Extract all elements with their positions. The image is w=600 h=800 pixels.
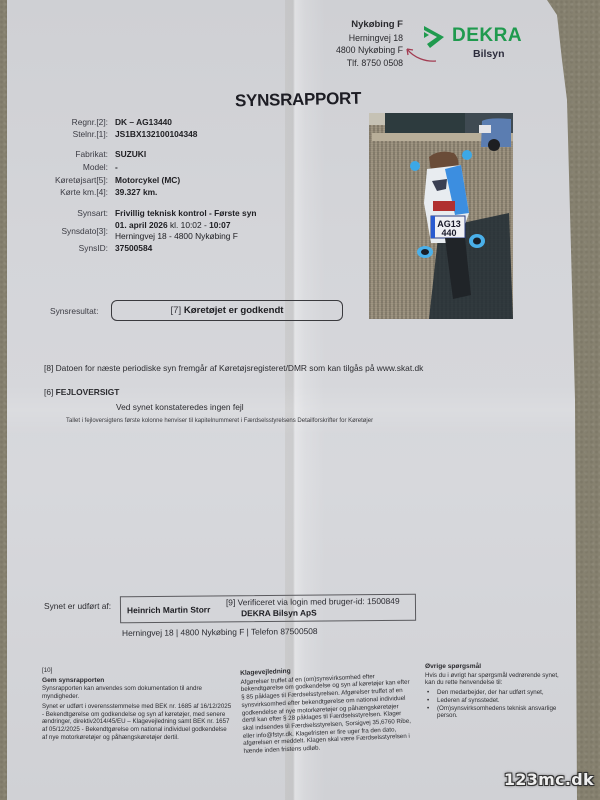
- footer-save-report: [10] Gem synsrapporten Synsrapporten kan…: [42, 667, 232, 743]
- result-box: [7] Køretøjet er godkendt: [111, 300, 343, 321]
- company-name: DEKRA Bilsyn ApS: [241, 608, 317, 619]
- performed-by-label: Synet er udført af:: [44, 601, 111, 611]
- vehicle-type-label: Køretøjsart[5]:: [35, 175, 108, 185]
- station-name: Nykøbing F: [336, 19, 403, 32]
- synsid-label: SynsID:: [35, 243, 108, 253]
- svg-text:440: 440: [441, 228, 456, 238]
- no-faults-text: Ved synet konstateredes ingen fejl: [116, 402, 244, 412]
- footer-save-heading: Gem synsrapporten: [42, 677, 232, 685]
- station-street: Herningvej 18: [336, 32, 403, 45]
- footer-save-p2: Synet er udført i overensstemmelse med B…: [42, 703, 232, 742]
- fault-overview-footnote: Tallet i fejloversigtens første kolonne …: [66, 418, 373, 424]
- result-label: Synsresultat:: [50, 306, 98, 316]
- inspection-report-paper: Nykøbing F Herningvej 18 4800 Nykøbing F…: [7, 0, 577, 800]
- km-value: 39.327 km.: [115, 187, 157, 197]
- dekra-chevron-icon: [422, 24, 446, 50]
- footer-complaints: Klagevejledning Afgørelser truffet af en…: [240, 663, 414, 758]
- footer-save-p1: Synsrapporten kan anvendes som dokumenta…: [42, 685, 232, 700]
- model-value: -: [115, 162, 118, 172]
- synsdato-value: 01. april 2026 kl. 10:02 - 10:07: [115, 220, 230, 230]
- result-text: Køretøjet er godkendt: [184, 305, 284, 316]
- stelnr-value: JS1BX132100104348: [115, 129, 197, 139]
- synsart-value: Frivillig teknisk kontrol - Første syn: [115, 208, 256, 218]
- list-item: Lederen af synsstedet.: [425, 697, 565, 705]
- synsdato-time-end: 10:07: [209, 220, 230, 230]
- motorcycle-photo-image: AG13 440: [369, 113, 513, 319]
- regnr-value: DK – AG13440: [115, 117, 172, 127]
- footer-questions-heading: Øvrige spørgsmål: [425, 663, 565, 671]
- station-city: 4800 Nykøbing F: [336, 44, 403, 57]
- station-address-block: Nykøbing F Herningvej 18 4800 Nykøbing F…: [336, 19, 403, 69]
- document-title: SYNSRAPPORT: [235, 89, 362, 112]
- brand-name: DEKRA: [452, 25, 522, 47]
- fault-overview-ref: [6]: [44, 387, 53, 397]
- fabrikat-value: SUZUKI: [115, 149, 146, 159]
- regnr-label: Regnr.[2]:: [35, 117, 108, 127]
- watermark: 123mc.dk: [504, 770, 594, 789]
- synsdato-label: Synsdato[3]:: [35, 226, 108, 236]
- fabrikat-label: Fabrikat:: [35, 149, 108, 159]
- next-inspection-note: [8] Datoen for næste periodiske syn frem…: [44, 363, 423, 373]
- vehicle-photo: AG13 440: [369, 113, 513, 319]
- footer-other-questions: Øvrige spørgsmål Hvis du i øvrigt har sp…: [425, 663, 565, 720]
- footer-complaints-p1: Afgørelser truffet af en (om)synsvirksom…: [240, 671, 413, 755]
- stelnr-label: Stelnr.[1]:: [35, 129, 108, 139]
- list-item: (Om)synsvirksomhedens teknisk ansvarlige…: [425, 705, 565, 720]
- footer-questions-p1: Hvis du i øvrigt har spørgsmål vedrørend…: [425, 672, 565, 687]
- inspector-name: Heinrich Martin Storr: [127, 605, 210, 616]
- verification-text: [9] Verificeret via login med bruger-id:…: [226, 596, 400, 608]
- model-label: Model:: [35, 162, 108, 172]
- result-ref: [7]: [170, 305, 181, 316]
- fault-overview-heading: [6] FEJLOVERSIGT: [44, 387, 119, 397]
- footer-ref: [10]: [42, 667, 232, 675]
- list-item: Den medarbejder, der har udført synet,: [425, 689, 565, 697]
- synsdato-date: 01. april 2026: [115, 220, 168, 230]
- km-label: Kørte km.[4]:: [35, 187, 108, 197]
- brand-subtitle: Bilsyn: [473, 48, 505, 60]
- station-phone: Tlf. 8750 0508: [336, 57, 403, 70]
- vehicle-type-value: Motorcykel (MC): [115, 175, 180, 185]
- footer-questions-list: Den medarbejder, der har udført synet, L…: [425, 689, 565, 720]
- company-address: Herningvej 18 | 4800 Nykøbing F | Telefo…: [122, 626, 318, 638]
- performed-by-box: Heinrich Martin Storr [9] Verificeret vi…: [120, 594, 416, 624]
- synsdato-time-start: kl. 10:02 -: [170, 220, 207, 230]
- fault-overview-title: FEJLOVERSIGT: [56, 387, 120, 397]
- synsart-label: Synsart:: [35, 208, 108, 218]
- synsid-value: 37500584: [115, 243, 152, 253]
- synsdato-place: Herningvej 18 - 4800 Nykøbing F: [115, 231, 238, 241]
